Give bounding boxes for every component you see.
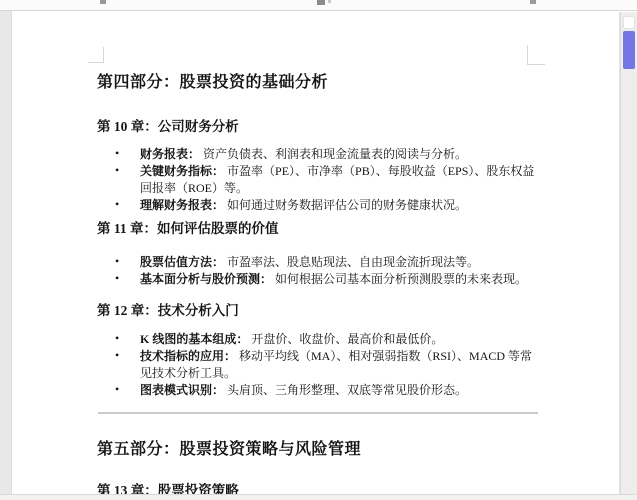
bullet-label: K 线图的基本组成：: [140, 332, 248, 346]
workspace-left-margin: [0, 11, 12, 500]
bullet-icon: •: [115, 145, 119, 162]
list-item: • 图表模式识别： 头肩顶、三角形整理、双底等常见股价形态。: [97, 382, 543, 399]
bullet-label: 理解财务报表：: [140, 198, 224, 212]
bullet-text: 资产负债表、利润表和现金流量表的阅读与分析。: [203, 147, 467, 161]
bullet-text: 如何根据公司基本面分析预测股票的未来表现。: [275, 272, 527, 286]
part4-title: 第四部分：股票投资的基础分析: [97, 74, 543, 92]
ruler-mark-icon: [530, 0, 536, 4]
section-divider-rule: [98, 412, 538, 414]
chapter12-title: 第 12 章：技术分析入门: [97, 303, 543, 319]
list-item: • K 线图的基本组成： 开盘价、收盘价、最高价和最低价。: [97, 331, 543, 348]
list-item: • 技术指标的应用： 移动平均线（MA）、相对强弱指数（RSI）、MACD 等常…: [97, 348, 543, 382]
list-item: • 理解财务报表： 如何通过财务数据评估公司的财务健康状况。: [97, 197, 543, 214]
ruler-mark-icon: [328, 0, 331, 3]
bullet-text: 开盘价、收盘价、最高价和最低价。: [251, 332, 443, 346]
chapter11-title: 第 11 章：如何评估股票的价值: [97, 221, 543, 237]
bullet-icon: •: [115, 196, 119, 213]
chapter12-bullet-list: • K 线图的基本组成： 开盘价、收盘价、最高价和最低价。 • 技术指标的应用：…: [97, 331, 543, 399]
list-item: • 股票估值方法： 市盈率法、股息贴现法、自由现金流折现法等。: [97, 254, 543, 271]
document-content: 第四部分：股票投资的基础分析 第 10 章：公司财务分析 • 财务报表： 资产负…: [97, 74, 543, 499]
scrollbar-up-button[interactable]: [623, 16, 635, 29]
bullet-label: 财务报表：: [140, 147, 200, 161]
bullet-icon: •: [115, 330, 119, 347]
bullet-icon: •: [115, 270, 119, 287]
ruler-mark-icon: [100, 0, 106, 4]
bullet-icon: •: [115, 347, 119, 364]
chapter10-title: 第 10 章：公司财务分析: [97, 119, 543, 135]
bullet-icon: •: [115, 381, 119, 398]
ruler-mark-icon: [317, 0, 325, 5]
bullet-text: 如何通过财务数据评估公司的财务健康状况。: [227, 198, 467, 212]
bullet-label: 关键财务指标：: [140, 164, 224, 178]
part5-title: 第五部分：股票投资策略与风险管理: [97, 441, 543, 459]
bullet-text: 市盈率法、股息贴现法、自由现金流折现法等。: [227, 255, 479, 269]
word-processor-window: 第四部分：股票投资的基础分析 第 10 章：公司财务分析 • 财务报表： 资产负…: [0, 0, 637, 500]
bullet-icon: •: [115, 162, 119, 179]
document-page[interactable]: 第四部分：股票投资的基础分析 第 10 章：公司财务分析 • 财务报表： 资产负…: [12, 12, 620, 500]
vertical-scrollbar[interactable]: [620, 12, 637, 500]
list-item: • 关键财务指标： 市盈率（PE）、市净率（PB）、每股收益（EPS）、股东权益…: [97, 163, 543, 197]
text-boundary-mark-top-right: [527, 45, 545, 65]
bullet-icon: •: [115, 253, 119, 270]
scrollbar-thumb[interactable]: [623, 31, 635, 69]
bullet-label: 图表模式识别：: [140, 383, 224, 397]
chapter11-bullet-list: • 股票估值方法： 市盈率法、股息贴现法、自由现金流折现法等。 • 基本面分析与…: [97, 254, 543, 288]
bullet-label: 技术指标的应用：: [140, 349, 236, 363]
chapter10-bullet-list: • 财务报表： 资产负债表、利润表和现金流量表的阅读与分析。 • 关键财务指标：…: [97, 146, 543, 214]
text-boundary-mark-top-left: [88, 47, 104, 63]
list-item: • 财务报表： 资产负债表、利润表和现金流量表的阅读与分析。: [97, 146, 543, 163]
bullet-label: 股票估值方法：: [140, 255, 224, 269]
ruler-strip: [0, 0, 637, 11]
bottom-edge-strip: [0, 494, 637, 500]
bullet-label: 基本面分析与股价预测：: [140, 272, 272, 286]
list-item: • 基本面分析与股价预测： 如何根据公司基本面分析预测股票的未来表现。: [97, 271, 543, 288]
bullet-text: 头肩顶、三角形整理、双底等常见股价形态。: [227, 383, 467, 397]
